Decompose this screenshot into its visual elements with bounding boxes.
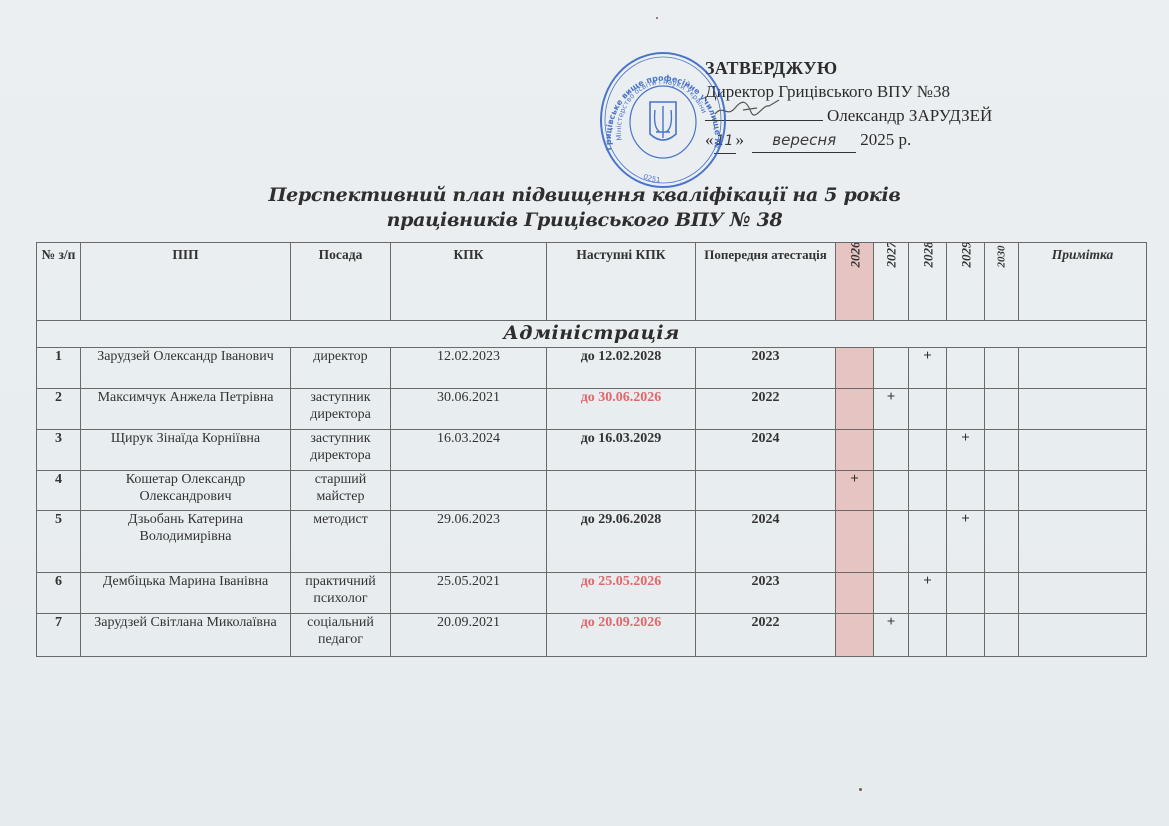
header-kpk: КПК bbox=[391, 243, 547, 321]
row-number: 5 bbox=[37, 511, 81, 573]
next-kpk-date: до 30.06.2026 bbox=[547, 389, 696, 430]
qualification-plan-table: № з/п ПІП Посада КПК Наступні КПК Попере… bbox=[36, 242, 1147, 657]
note-cell bbox=[1019, 511, 1147, 573]
year-mark-2027 bbox=[874, 471, 909, 511]
prev-attestation: 2022 bbox=[696, 389, 836, 430]
year-mark-2026 bbox=[836, 614, 874, 657]
year-mark-2027 bbox=[874, 511, 909, 573]
kpk-date: 16.03.2024 bbox=[391, 430, 547, 471]
year-mark-2027: + bbox=[874, 614, 909, 657]
document-title-line-1: Перспективний план підвищення кваліфікац… bbox=[0, 184, 1169, 206]
year-mark-2028 bbox=[909, 511, 947, 573]
table-row: 7Зарудзей Світлана Миколаївнасоціальний … bbox=[37, 614, 1147, 657]
next-kpk-date: до 12.02.2028 bbox=[547, 348, 696, 389]
row-number: 3 bbox=[37, 430, 81, 471]
prev-attestation: 2022 bbox=[696, 614, 836, 657]
employee-name: Щирук Зінаїда Корніївна bbox=[81, 430, 291, 471]
date-open-quote: « bbox=[705, 130, 714, 149]
date-day: 11 bbox=[714, 129, 736, 154]
note-cell bbox=[1019, 348, 1147, 389]
header-name: ПІП bbox=[81, 243, 291, 321]
date-year: 2025 р. bbox=[860, 130, 911, 149]
header-year-2030: 2030 bbox=[985, 243, 1019, 321]
document-page: ЗАТВЕРДЖУЮ Директор Грицівського ВПУ №38… bbox=[0, 0, 1169, 826]
employee-position: методист bbox=[291, 511, 391, 573]
year-mark-2026: + bbox=[836, 471, 874, 511]
section-row: Адміністрація bbox=[37, 321, 1147, 348]
scan-speck bbox=[656, 17, 658, 19]
table-row: 2Максимчук Анжела Петрівназаступник дире… bbox=[37, 389, 1147, 430]
scan-speck bbox=[859, 788, 862, 791]
kpk-date: 20.09.2021 bbox=[391, 614, 547, 657]
document-title-line-2: працівників Грицівського ВПУ № 38 bbox=[0, 209, 1169, 231]
row-number: 7 bbox=[37, 614, 81, 657]
next-kpk-date: до 20.09.2026 bbox=[547, 614, 696, 657]
year-mark-2028 bbox=[909, 389, 947, 430]
year-mark-2028 bbox=[909, 471, 947, 511]
year-mark-2029 bbox=[947, 573, 985, 614]
employee-name: Зарудзей Олександр Іванович bbox=[81, 348, 291, 389]
kpk-date: 12.02.2023 bbox=[391, 348, 547, 389]
prev-attestation: 2023 bbox=[696, 348, 836, 389]
table-row: 1Зарудзей Олександр Івановичдиректор12.0… bbox=[37, 348, 1147, 389]
year-mark-2030 bbox=[985, 348, 1019, 389]
approval-signer-name: Олександр ЗАРУДЗЕЙ bbox=[827, 106, 992, 125]
year-mark-2029: + bbox=[947, 511, 985, 573]
year-mark-2028: + bbox=[909, 573, 947, 614]
signature-icon bbox=[713, 98, 783, 120]
row-number: 2 bbox=[37, 389, 81, 430]
prev-attestation: 2024 bbox=[696, 511, 836, 573]
kpk-date: 29.06.2023 bbox=[391, 511, 547, 573]
approval-signature-line: Олександр ЗАРУДЗЕЙ bbox=[705, 104, 992, 128]
header-year-2029: 2029 bbox=[947, 243, 985, 321]
note-cell bbox=[1019, 389, 1147, 430]
row-number: 1 bbox=[37, 348, 81, 389]
date-close-quote: » bbox=[736, 130, 745, 149]
prev-attestation: 2024 bbox=[696, 430, 836, 471]
employee-name: Зарудзей Світлана Миколаївна bbox=[81, 614, 291, 657]
approval-heading: ЗАТВЕРДЖУЮ bbox=[705, 56, 992, 80]
year-mark-2029: + bbox=[947, 430, 985, 471]
employee-position: соціальний педагог bbox=[291, 614, 391, 657]
signature-field bbox=[705, 104, 823, 121]
year-mark-2027 bbox=[874, 348, 909, 389]
year-mark-2028: + bbox=[909, 348, 947, 389]
kpk-date: 25.05.2021 bbox=[391, 573, 547, 614]
note-cell bbox=[1019, 430, 1147, 471]
table-row: 4Кошетар Олександр Олександровичстарший … bbox=[37, 471, 1147, 511]
svg-text:Міністерство освіти і науки Ук: Міністерство освіти і науки України bbox=[615, 78, 708, 141]
header-year-2027: 2027 bbox=[874, 243, 909, 321]
year-mark-2030 bbox=[985, 614, 1019, 657]
approval-block: ЗАТВЕРДЖУЮ Директор Грицівського ВПУ №38… bbox=[705, 56, 992, 154]
svg-text:Грицівське вище професійне учи: Грицівське вище професійне училище №38 bbox=[598, 50, 722, 151]
year-mark-2027: + bbox=[874, 389, 909, 430]
employee-position: практичний психолог bbox=[291, 573, 391, 614]
next-kpk-date: до 16.03.2029 bbox=[547, 430, 696, 471]
year-mark-2030 bbox=[985, 430, 1019, 471]
year-mark-2026 bbox=[836, 573, 874, 614]
year-mark-2029 bbox=[947, 614, 985, 657]
table-row: 3Щирук Зінаїда Корніївназаступник директ… bbox=[37, 430, 1147, 471]
header-year-2026: 2026 bbox=[836, 243, 874, 321]
employee-name: Дзьобань Катерина Володимирівна bbox=[81, 511, 291, 573]
next-kpk-date: до 29.06.2028 bbox=[547, 511, 696, 573]
employee-name: Дембіцька Марина Іванівна bbox=[81, 573, 291, 614]
year-mark-2026 bbox=[836, 348, 874, 389]
year-mark-2026 bbox=[836, 430, 874, 471]
year-mark-2029 bbox=[947, 348, 985, 389]
year-mark-2027 bbox=[874, 573, 909, 614]
year-mark-2030 bbox=[985, 511, 1019, 573]
header-year-2028: 2028 bbox=[909, 243, 947, 321]
year-mark-2030 bbox=[985, 471, 1019, 511]
kpk-date bbox=[391, 471, 547, 511]
note-cell bbox=[1019, 614, 1147, 657]
year-mark-2029 bbox=[947, 471, 985, 511]
employee-name: Максимчук Анжела Петрівна bbox=[81, 389, 291, 430]
prev-attestation: 2023 bbox=[696, 573, 836, 614]
year-mark-2028 bbox=[909, 614, 947, 657]
year-mark-2029 bbox=[947, 389, 985, 430]
year-mark-2028 bbox=[909, 430, 947, 471]
year-mark-2026 bbox=[836, 511, 874, 573]
employee-position: старший майстер bbox=[291, 471, 391, 511]
table-row: 5Дзьобань Катерина Володимирівнаметодист… bbox=[37, 511, 1147, 573]
table-row: 6Дембіцька Марина Іванівнапрактичний пси… bbox=[37, 573, 1147, 614]
header-prev-attestation: Попередня атестація bbox=[696, 243, 836, 321]
employee-position: заступник директора bbox=[291, 430, 391, 471]
header-position: Посада bbox=[291, 243, 391, 321]
svg-text:0251: 0251 bbox=[642, 173, 661, 185]
year-mark-2030 bbox=[985, 389, 1019, 430]
next-kpk-date bbox=[547, 471, 696, 511]
employee-name: Кошетар Олександр Олександрович bbox=[81, 471, 291, 511]
kpk-date: 30.06.2021 bbox=[391, 389, 547, 430]
row-number: 4 bbox=[37, 471, 81, 511]
note-cell bbox=[1019, 573, 1147, 614]
next-kpk-date: до 25.05.2026 bbox=[547, 573, 696, 614]
employee-position: заступник директора bbox=[291, 389, 391, 430]
header-next-kpk: Наступні КПК bbox=[547, 243, 696, 321]
table-header-row: № з/п ПІП Посада КПК Наступні КПК Попере… bbox=[37, 243, 1147, 321]
year-mark-2027 bbox=[874, 430, 909, 471]
year-mark-2026 bbox=[836, 389, 874, 430]
prev-attestation bbox=[696, 471, 836, 511]
row-number: 6 bbox=[37, 573, 81, 614]
note-cell bbox=[1019, 471, 1147, 511]
header-num: № з/п bbox=[37, 243, 81, 321]
year-mark-2030 bbox=[985, 573, 1019, 614]
date-month: вересня bbox=[752, 128, 856, 153]
header-note: Примітка bbox=[1019, 243, 1147, 321]
section-title: Адміністрація bbox=[37, 321, 1147, 348]
approval-date: «11» вересня2025 р. bbox=[705, 128, 992, 154]
employee-position: директор bbox=[291, 348, 391, 389]
